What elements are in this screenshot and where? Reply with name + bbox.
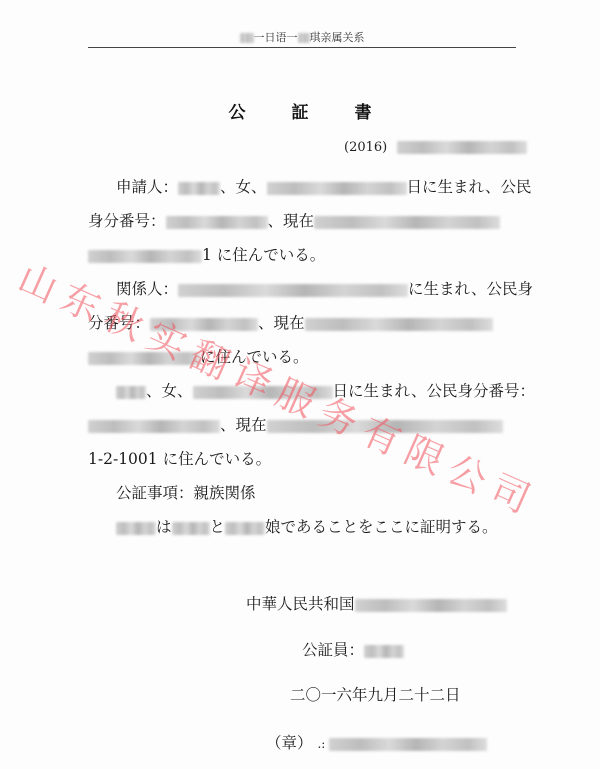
notary-office: 中華人民共和国 (246, 592, 507, 614)
third-current: 、現在 (220, 416, 267, 434)
certification-statement: はと娘であることをここに証明する。 (88, 510, 520, 544)
related-address-tail: に住んでいる。 (200, 348, 309, 366)
applicant-label: 申請人： (116, 178, 178, 196)
applicant-line-1: 申請人：、女、日に生まれ、公民 (88, 170, 520, 204)
page-title: 公証書 (0, 98, 600, 123)
applicant-address-tail: 1 に住んでいる。 (202, 246, 325, 264)
redacted-document-number (397, 141, 527, 154)
running-header-text: 琪亲属关系 (310, 31, 365, 44)
certification-part: と (210, 518, 226, 536)
running-header-text: 一日语一 (254, 31, 298, 44)
applicant-current: 、現在 (268, 212, 315, 230)
third-line-3: 1-2-1001 に住んでいる。 (88, 442, 520, 476)
redacted-name-gender-birthdate (178, 284, 408, 297)
applicant-line-2: 身分番号：、現在 (88, 204, 520, 238)
title-char: 公 (229, 98, 246, 123)
applicant-line-3: 1 に住んでいる。 (88, 238, 520, 272)
applicant-id-label: 身分番号： (88, 212, 166, 230)
office-prefix: 中華人民共和国 (246, 595, 355, 613)
running-header: 一日语一琪亲属关系 (88, 31, 516, 44)
matter-label: 公証事項： (116, 484, 194, 502)
issue-date: 二〇一六年九月二十二日 (290, 683, 461, 705)
redacted-id-number (150, 318, 258, 331)
document-year: (2016) (344, 140, 387, 155)
header-divider (88, 47, 516, 48)
third-address-tail: 1-2-1001 に住んでいる。 (88, 450, 271, 468)
seal-line: （章） .: (266, 731, 487, 753)
related-line-2: 分番号：、現在 (88, 306, 520, 340)
redacted-text (240, 33, 254, 43)
redacted-name (116, 386, 146, 399)
notary-name: 公証員： (302, 638, 404, 660)
related-line-3: に住んでいる。 (88, 340, 520, 374)
related-id-label: 分番号： (88, 314, 150, 332)
document-page: 一日语一琪亲属关系 公証書 (2016) 申請人：、女、日に生まれ、公民 身分番… (0, 0, 600, 769)
third-line-2: 、現在 (88, 408, 520, 442)
notarized-matter: 公証事項：親族関係 (88, 476, 520, 510)
document-body: 申請人：、女、日に生まれ、公民 身分番号：、現在 1 に住んでいる。 関係人：に… (88, 170, 520, 544)
redacted-address (267, 420, 503, 433)
date-text: 二〇一六年九月二十二日 (290, 686, 461, 704)
related-born: に生まれ、公民身 (408, 280, 533, 298)
third-born: 日に生まれ、公民身分番号： (333, 382, 535, 400)
title-char: 書 (355, 98, 372, 123)
redacted-address (314, 216, 500, 229)
redacted-birthdate (267, 182, 407, 195)
redacted-seal-text (329, 738, 487, 751)
redacted-office-name (355, 599, 507, 612)
redacted-birthdate (193, 386, 333, 399)
applicant-gender: 、女、 (220, 178, 267, 196)
related-current: 、現在 (258, 314, 305, 332)
matter-value: 親族関係 (194, 484, 256, 502)
redacted-name (178, 182, 220, 195)
third-gender: 、女、 (146, 382, 193, 400)
redacted-text (298, 33, 310, 43)
certification-part: 娘であることをここに証明する。 (265, 518, 498, 536)
redacted-name (116, 522, 156, 535)
redacted-id-number (166, 216, 268, 229)
document-number: (2016) (344, 140, 527, 155)
notary-label: 公証員： (302, 641, 364, 659)
redacted-address (305, 318, 493, 331)
applicant-born: 日に生まれ、公民 (407, 178, 532, 196)
redacted-notary-name (364, 645, 404, 658)
third-line-1: 、女、日に生まれ、公民身分番号： (88, 374, 520, 408)
seal-label: （章） (266, 734, 313, 752)
title-char: 証 (292, 98, 309, 123)
redacted-address (88, 250, 202, 263)
certification-part: は (156, 518, 172, 536)
related-line-1: 関係人：に生まれ、公民身 (88, 272, 520, 306)
related-label: 関係人： (116, 280, 178, 298)
redacted-name (225, 522, 265, 535)
redacted-id-number (88, 420, 220, 433)
redacted-name (172, 522, 210, 535)
seal-separator: .: (317, 737, 325, 751)
redacted-address (88, 352, 200, 365)
